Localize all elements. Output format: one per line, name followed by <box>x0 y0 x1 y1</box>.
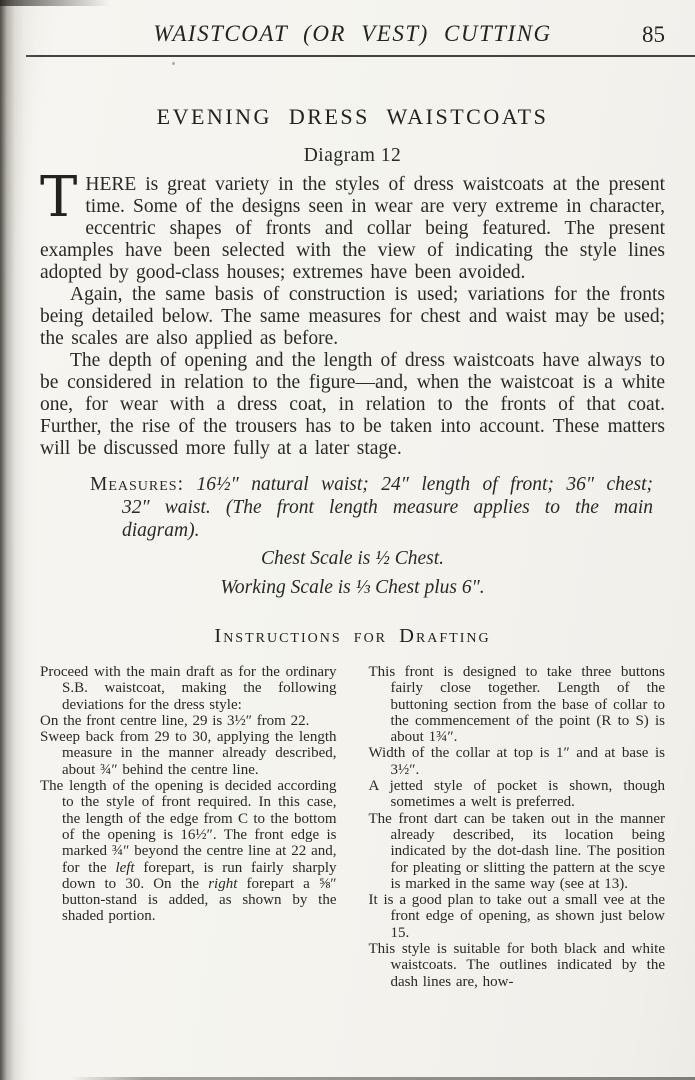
page-content: WAISTCOAT (OR VEST) CUTTING 85 EVENING D… <box>0 0 695 1080</box>
instruction-paragraph: It is a good plan to take out a small ve… <box>369 892 666 941</box>
page-number: 85 <box>642 22 665 48</box>
measures-label: Measures: <box>90 474 184 495</box>
instruction-paragraph: This front is designed to take three but… <box>369 664 666 745</box>
instruction-paragraph: The length of the opening is decided acc… <box>40 778 337 925</box>
scanned-book-page: WAISTCOAT (OR VEST) CUTTING 85 EVENING D… <box>0 0 695 1080</box>
intro-paragraph-2: Again, the same basis of construction is… <box>40 284 665 350</box>
drop-cap: T <box>40 174 85 220</box>
running-title: WAISTCOAT (OR VEST) CUTTING <box>40 21 665 47</box>
instruction-paragraph: This style is suitable for both black an… <box>369 941 666 990</box>
instruction-paragraph: On the front centre line, 29 is 3½″ from… <box>40 713 337 729</box>
instruction-paragraph: The front dart can be taken out in the m… <box>369 811 666 892</box>
header-rule <box>26 55 695 57</box>
running-header: WAISTCOAT (OR VEST) CUTTING 85 <box>40 21 665 50</box>
instruction-paragraph: Width of the collar at top is 1″ and at … <box>369 745 666 778</box>
section-title: EVENING DRESS WAISTCOATS <box>40 104 665 130</box>
instructions-heading: Instructions for Drafting <box>40 625 665 648</box>
chest-scale-line: Chest Scale is ½ Chest. <box>40 547 665 571</box>
intro-paragraph-1: THERE is great variety in the styles of … <box>40 174 665 284</box>
instruction-paragraph: Sweep back from 29 to 30, applying the l… <box>40 729 337 778</box>
working-scale-line: Working Scale is ⅓ Chest plus 6″. <box>40 576 665 600</box>
measures-block: Measures: 16½″ natural waist; 24″ length… <box>90 473 653 542</box>
intro-paragraph-1-text: HERE is great variety in the styles of d… <box>40 174 665 283</box>
intro-paragraph-3: The depth of opening and the length of d… <box>40 350 665 460</box>
instructions-left-column: Proceed with the main draft as for the o… <box>40 664 337 990</box>
diagram-subtitle: Diagram 12 <box>40 145 665 167</box>
instructions-columns: Proceed with the main draft as for the o… <box>40 664 665 990</box>
instruction-paragraph: Proceed with the main draft as for the o… <box>40 664 337 713</box>
instructions-right-column: This front is designed to take three but… <box>369 664 666 990</box>
measures-text: 16½″ natural waist; 24″ length of front;… <box>122 474 653 541</box>
instruction-paragraph: A jetted style of pocket is shown, thoug… <box>369 778 666 811</box>
